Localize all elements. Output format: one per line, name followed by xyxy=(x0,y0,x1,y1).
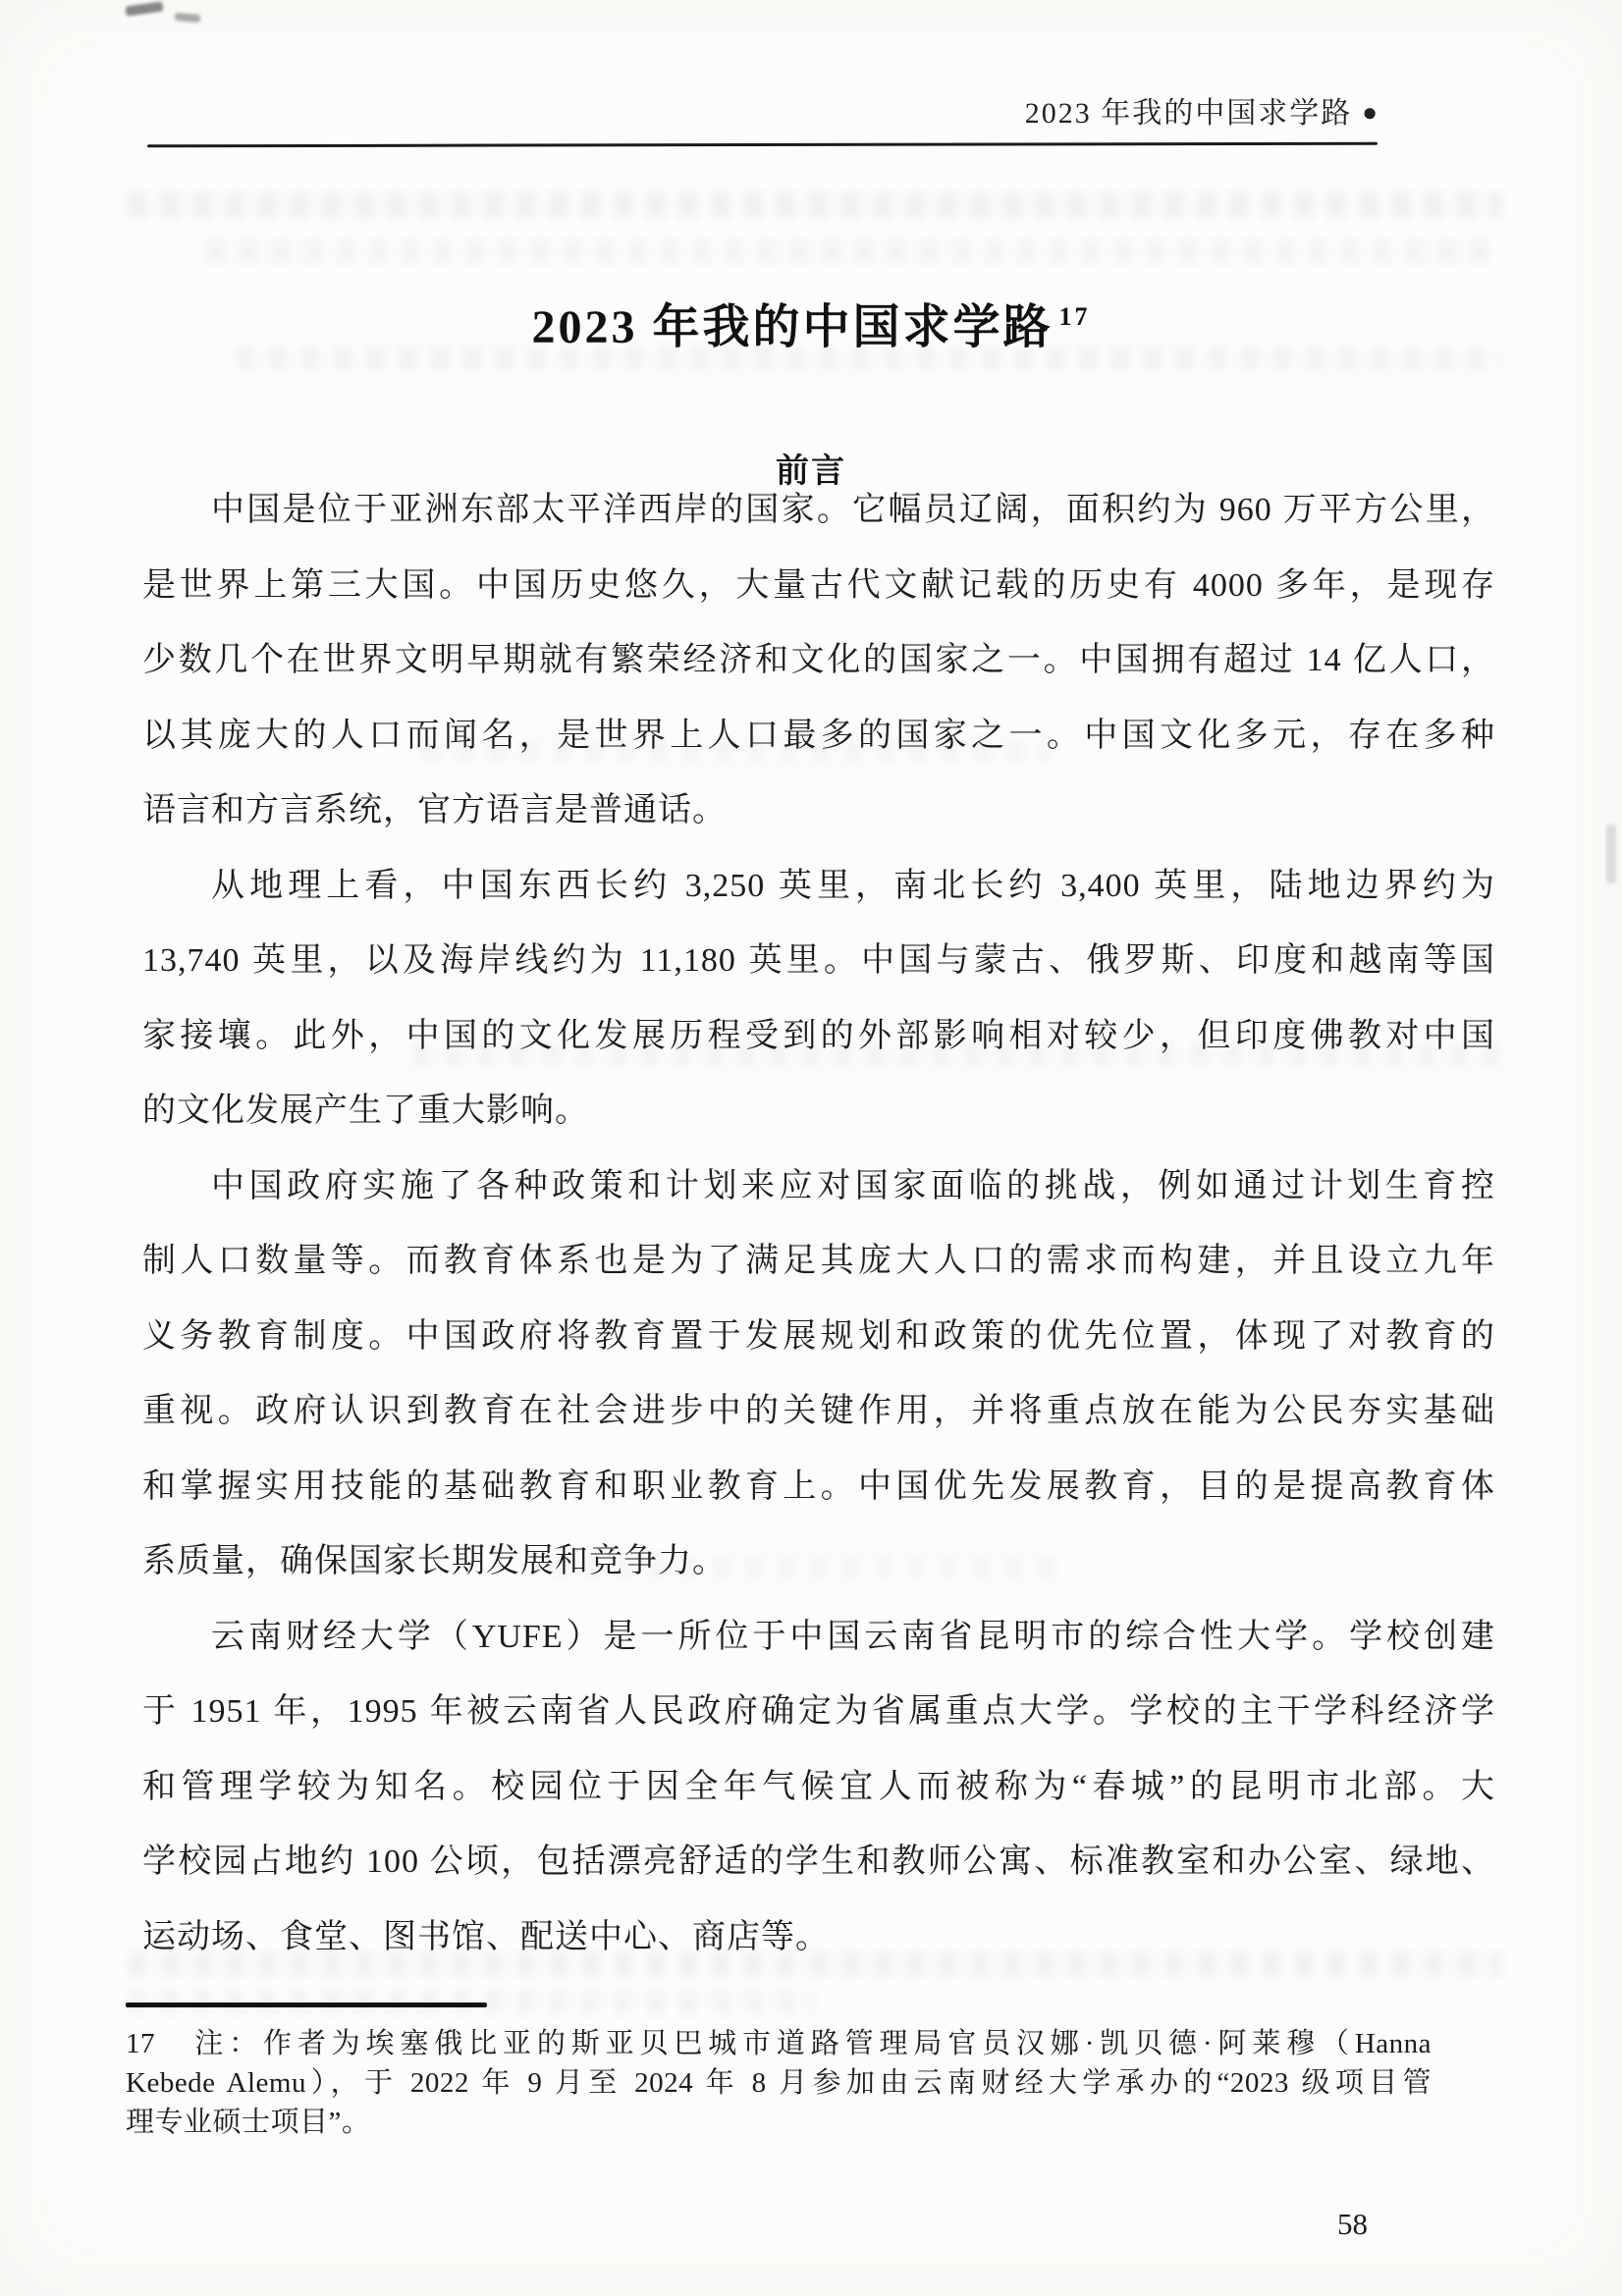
body-text: 中国是位于亚洲东部太平洋西岸的国家。它幅员辽阔，面积约为 960 万平方公里，是… xyxy=(142,473,1495,1975)
body-text-line: 系质量，确保国家长期发展和竞争力。 xyxy=(142,1524,1495,1600)
footnote-reference-marker: 17 xyxy=(1059,302,1091,331)
body-text-line: 从地理上看，中国东西长约 3,250 英里，南北长约 3,400 英里，陆地边界… xyxy=(142,849,1495,925)
page-title-text: 2023 年我的中国求学路 xyxy=(531,301,1053,353)
page-number: 58 xyxy=(1337,2207,1368,2242)
page-title: 2023 年我的中国求学路17 xyxy=(0,289,1622,356)
body-text-line: 运动场、食堂、图书馆、配送中心、商店等。 xyxy=(142,1900,1495,1976)
running-header: 2023 年我的中国求学路● xyxy=(1025,88,1379,132)
scan-smudge-artifact xyxy=(125,1,163,16)
body-text-line: 是世界上第三大国。中国历史悠久，大量古代文献记载的历史有 4000 多年，是现存 xyxy=(142,549,1495,624)
page-bleedthrough-artifact xyxy=(206,239,1502,264)
footnote-line: Kebede Alemu），于 2022 年 9 月至 2024 年 8 月参加… xyxy=(126,2063,1432,2103)
footnote-line: 理专业硕士项目”。 xyxy=(126,2103,1432,2142)
body-text-line: 家接壤。此外，中国的文化发展历程受到的外部影响相对较少，但印度佛教对中国 xyxy=(142,999,1495,1075)
body-text-line: 制人口数量等。而教育体系也是为了满足其庞大人口的需求而构建，并且设立九年 xyxy=(142,1224,1495,1300)
body-text-line: 云南财经大学（YUFE）是一所位于中国云南省昆明市的综合性大学。学校创建 xyxy=(142,1600,1495,1676)
paragraph: 从地理上看，中国东西长约 3,250 英里，南北长约 3,400 英里，陆地边界… xyxy=(142,849,1495,1149)
footnote-line: 17 注：作者为埃塞俄比亚的斯亚贝巴城市道路管理局官员汉娜·凯贝德·阿莱穆（Ha… xyxy=(126,2024,1432,2063)
body-text-line: 重视。政府认识到教育在社会进步中的关键作用，并将重点放在能为公民夯实基础 xyxy=(142,1374,1495,1450)
page-bleedthrough-artifact xyxy=(128,192,1502,218)
paragraph: 云南财经大学（YUFE）是一所位于中国云南省昆明市的综合性大学。学校创建于 19… xyxy=(142,1600,1495,1976)
body-text-line: 以其庞大的人口而闻名，是世界上人口最多的国家之一。中国文化多元，存在多种 xyxy=(142,699,1495,774)
body-text-line: 中国是位于亚洲东部太平洋西岸的国家。它幅员辽阔，面积约为 960 万平方公里， xyxy=(142,473,1495,549)
body-text-line: 学校园占地约 100 公顷，包括漂亮舒适的学生和教师公寓、标准教室和办公室、绿地… xyxy=(142,1825,1495,1900)
footnote-rule xyxy=(126,2002,487,2007)
paragraph: 中国政府实施了各种政策和计划来应对国家面临的挑战，例如通过计划生育控制人口数量等… xyxy=(142,1149,1495,1600)
body-text-line: 中国政府实施了各种政策和计划来应对国家面临的挑战，例如通过计划生育控 xyxy=(142,1149,1495,1225)
header-rule xyxy=(147,142,1378,148)
body-text-line: 13,740 英里，以及海岸线约为 11,180 英里。中国与蒙古、俄罗斯、印度… xyxy=(142,924,1495,999)
body-text-line: 义务教育制度。中国政府将教育置于发展规划和政策的优先位置，体现了对教育的 xyxy=(142,1300,1495,1375)
page-bleedthrough-artifact xyxy=(128,1989,815,2014)
running-header-title: 2023 年我的中国求学路 xyxy=(1025,97,1353,130)
header-bullet-icon: ● xyxy=(1362,98,1379,128)
scanned-document-page: 2023 年我的中国求学路● 2023 年我的中国求学路17 前言 中国是位于亚… xyxy=(0,0,1622,2296)
body-text-line: 于 1951 年，1995 年被云南省人民政府确定为省属重点大学。学校的主干学科… xyxy=(142,1675,1495,1750)
body-text-line: 和掌握实用技能的基础教育和职业教育上。中国优先发展教育，目的是提高教育体 xyxy=(142,1450,1495,1525)
body-text-line: 语言和方言系统，官方语言是普通话。 xyxy=(142,774,1495,849)
body-text-line: 和管理学较为知名。校园位于因全年气候宜人而被称为“春城”的昆明市北部。大 xyxy=(142,1750,1495,1826)
footnote: 17 注：作者为埃塞俄比亚的斯亚贝巴城市道路管理局官员汉娜·凯贝德·阿莱穆（Ha… xyxy=(126,2024,1432,2142)
body-text-line: 少数几个在世界文明早期就有繁荣经济和文化的国家之一。中国拥有超过 14 亿人口， xyxy=(142,623,1495,699)
scan-smudge-artifact xyxy=(175,13,201,23)
body-text-line: 的文化发展产生了重大影响。 xyxy=(142,1074,1495,1149)
paragraph: 中国是位于亚洲东部太平洋西岸的国家。它幅员辽阔，面积约为 960 万平方公里，是… xyxy=(142,473,1495,849)
scan-smudge-artifact xyxy=(1606,825,1616,883)
